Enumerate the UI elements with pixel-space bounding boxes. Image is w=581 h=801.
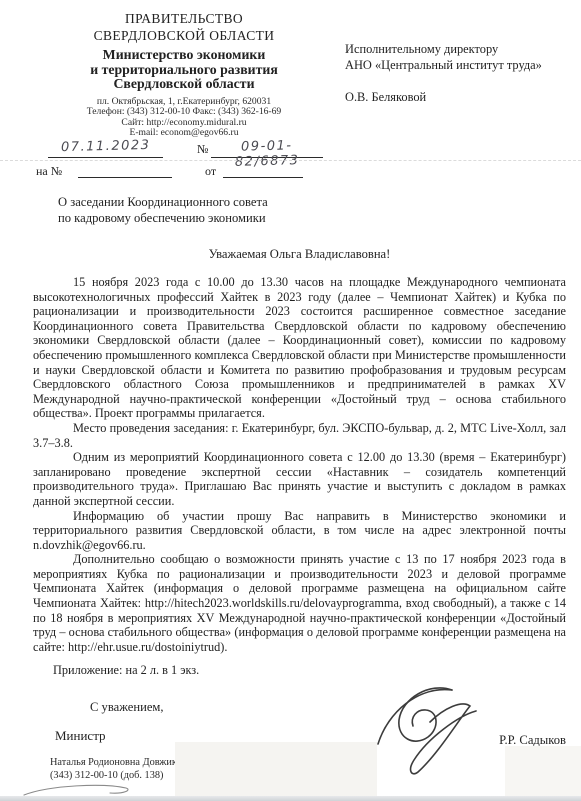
subject-block: О заседании Координационного совета по к… — [58, 194, 268, 226]
paragraph-1: 15 ноября 2023 года с 10.00 до 13.30 час… — [33, 275, 566, 421]
number-field: 09-01-82/6873 — [211, 139, 323, 158]
ministry-line-2: и территориального развития — [28, 63, 340, 78]
scan-artifact-shade — [175, 742, 377, 800]
on-number-label: на № — [36, 164, 62, 179]
executor-phone: (343) 312-00-10 (доб. 138) — [50, 770, 177, 783]
letterhead-contacts: пл. Октябрьская, 1, г.Екатеринбург, 6200… — [28, 97, 340, 139]
closing-regards: С уважением, — [90, 700, 164, 715]
on-number-field — [78, 162, 172, 178]
letterhead-email: E-mail: econom@egov66.ru — [28, 128, 340, 139]
addressee-name: О.В. Беляковой — [345, 90, 542, 106]
salutation: Уважаемая Ольга Владиславовна! — [33, 247, 566, 262]
subject-line-2: по кадровому обеспечению экономики — [58, 210, 268, 226]
paragraph-3: Одним из мероприятий Координационного со… — [33, 450, 566, 508]
from-field — [223, 162, 303, 178]
letterhead-government: ПРАВИТЕЛЬСТВО — [28, 10, 340, 27]
from-label: от — [205, 164, 216, 179]
subject-line-1: О заседании Координационного совета — [58, 194, 268, 210]
signer-position: Министр — [55, 728, 106, 744]
paragraph-2: Место проведения заседания: г. Екатеринб… — [33, 421, 566, 450]
paragraph-4: Информацию об участии прошу Вас направит… — [33, 509, 566, 553]
signature-icon — [372, 680, 480, 776]
executor-block: Наталья Родионовна Довжик (343) 312-00-1… — [50, 757, 177, 782]
executor-name: Наталья Родионовна Довжик — [50, 757, 177, 770]
number-sign: № — [197, 142, 208, 157]
date-field: 07.11.2023 — [48, 139, 163, 158]
scan-artifact-dotted-line — [0, 160, 581, 161]
scan-artifact-shade — [505, 746, 581, 800]
letterhead: ПРАВИТЕЛЬСТВО СВЕРДЛОВСКОЙ ОБЛАСТИ Минис… — [28, 10, 340, 139]
addressee-organization: АНО «Центральный институт труда» — [345, 58, 542, 74]
page-bottom-edge — [0, 796, 581, 801]
paragraph-5: Дополнительно сообщаю о возможности прин… — [33, 552, 566, 654]
letterhead-ministry: Министерство экономики и территориальног… — [28, 48, 340, 92]
registration-block: 07.11.2023 № 09-01-82/6873 на № от — [35, 142, 325, 190]
attachment-note: Приложение: на 2 л. в 1 экз. — [33, 663, 566, 678]
letter-body: Уважаемая Ольга Владиславовна! 15 ноября… — [33, 247, 566, 678]
addressee-block: Исполнительному директору АНО «Центральн… — [345, 42, 542, 106]
addressee-position: Исполнительному директору — [345, 42, 542, 58]
ministry-line-3: Свердловской области — [28, 77, 340, 92]
handwritten-date: 07.11.2023 — [61, 138, 151, 155]
scanned-letter-page: ПРАВИТЕЛЬСТВО СВЕРДЛОВСКОЙ ОБЛАСТИ Минис… — [0, 0, 581, 801]
ministry-line-1: Министерство экономики — [28, 48, 340, 63]
letterhead-region: СВЕРДЛОВСКОЙ ОБЛАСТИ — [28, 27, 340, 44]
